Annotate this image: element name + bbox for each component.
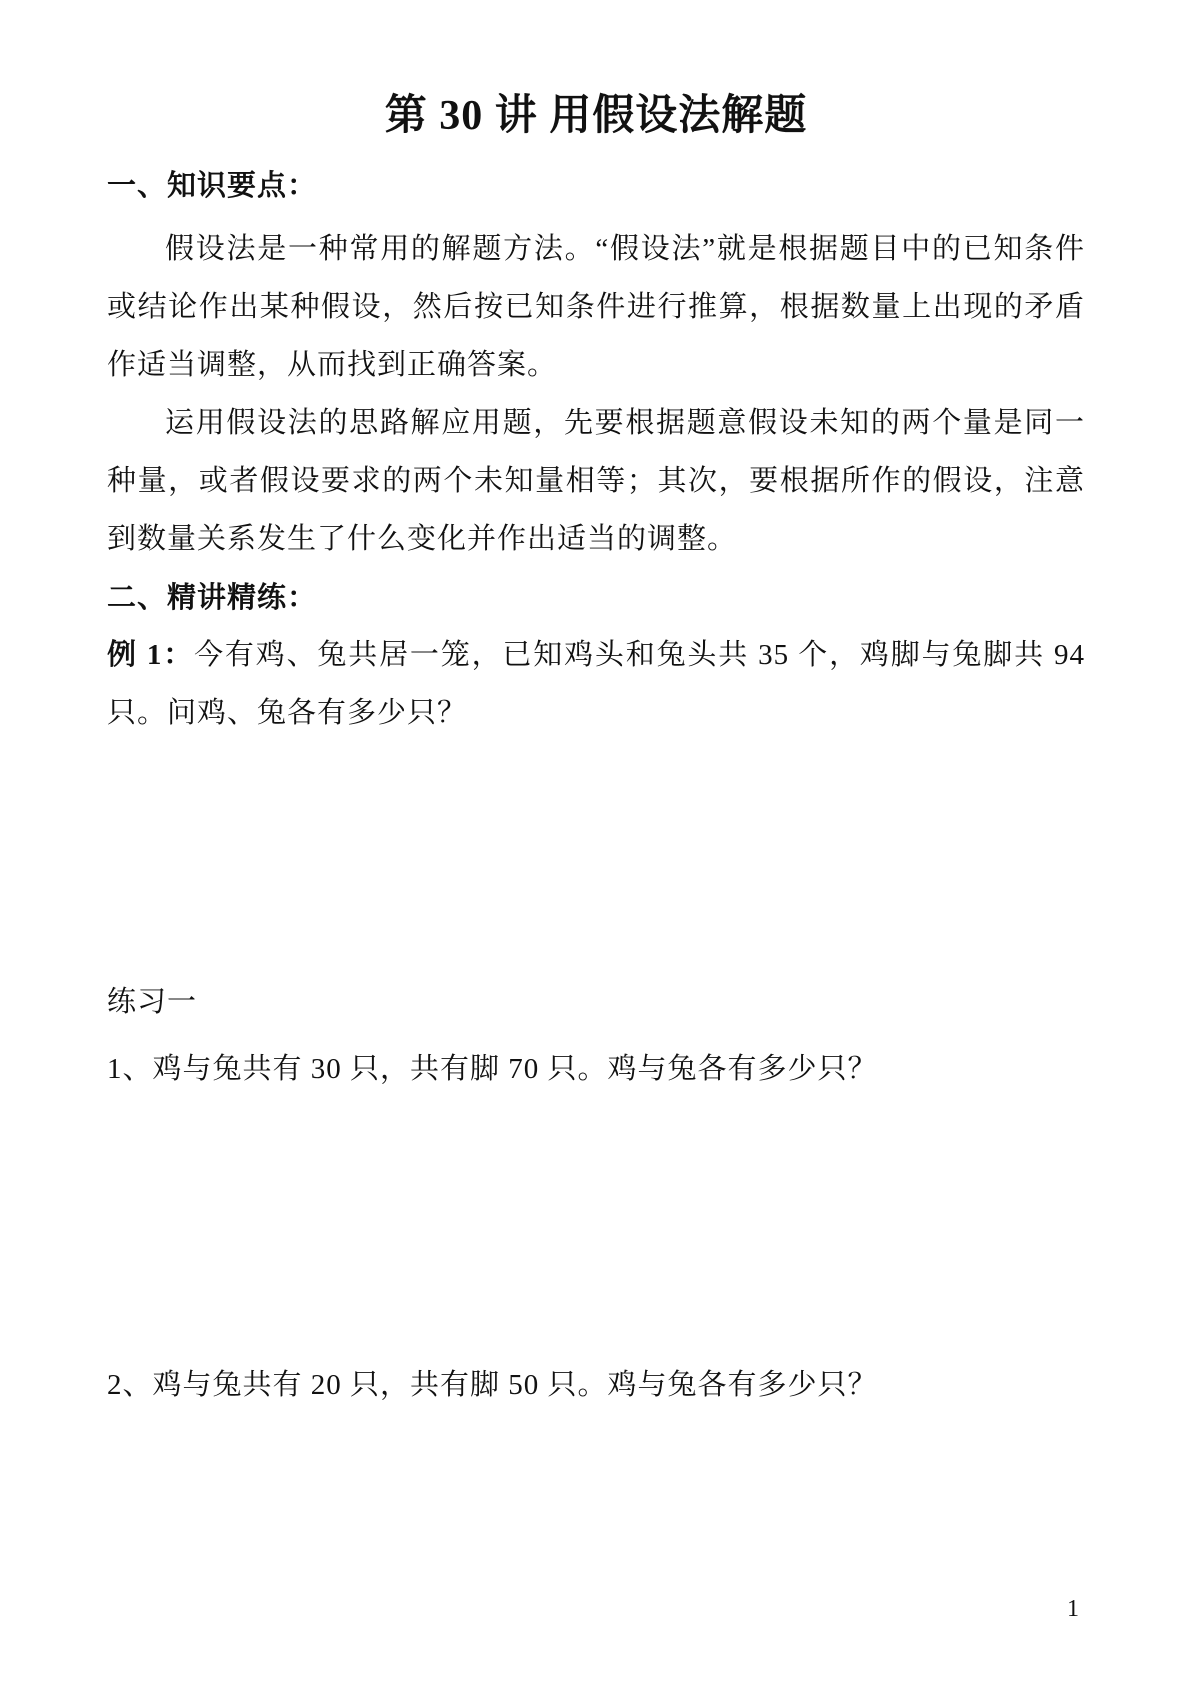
example-1-label: 例 1： [107,639,194,671]
exercise-set-title: 练习一 [107,982,1085,1022]
page-title: 第 30 讲 用假设法解题 [107,88,1085,144]
document-content: 第 30 讲 用假设法解题 一、知识要点： 假设法是一种常用的解题方法。“假设法… [107,0,1085,1414]
example-1: 例 1：今有鸡、兔共居一笼，已知鸡头和兔头共 35 个，鸡脚与兔脚共 94 只。… [107,626,1085,742]
document-page: 第 30 讲 用假设法解题 一、知识要点： 假设法是一种常用的解题方法。“假设法… [0,0,1191,1684]
exercise-problem-2: 2、鸡与兔共有 20 只，共有脚 50 只。鸡与兔各有多少只？ [107,1356,1085,1414]
page-number: 1 [1067,1596,1079,1622]
section-heading-examples: 二、精讲精练： [107,578,1085,618]
knowledge-paragraph-1: 假设法是一种常用的解题方法。“假设法”就是根据题目中的已知条件或结论作出某种假设… [107,220,1085,394]
example-1-text: 今有鸡、兔共居一笼，已知鸡头和兔头共 35 个，鸡脚与兔脚共 94 只。问鸡、兔… [107,639,1085,729]
section-heading-knowledge-points: 一、知识要点： [107,166,1085,206]
exercise-problem-1: 1、鸡与兔共有 30 只，共有脚 70 只。鸡与兔各有多少只？ [107,1040,1085,1098]
knowledge-paragraph-2: 运用假设法的思路解应用题，先要根据题意假设未知的两个量是同一种量，或者假设要求的… [107,394,1085,568]
